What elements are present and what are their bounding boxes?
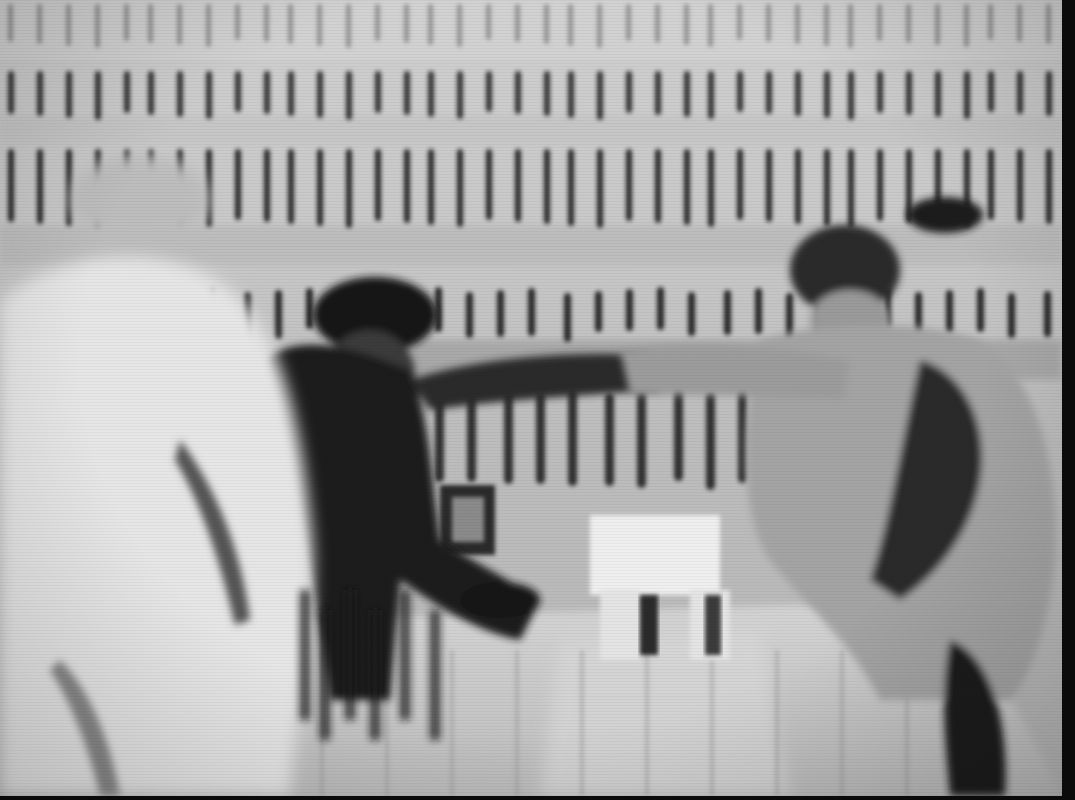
scene-artwork: [0, 0, 1062, 796]
film-still: [0, 0, 1075, 800]
photo-frame: [0, 0, 1062, 796]
small-frame: [440, 485, 495, 555]
